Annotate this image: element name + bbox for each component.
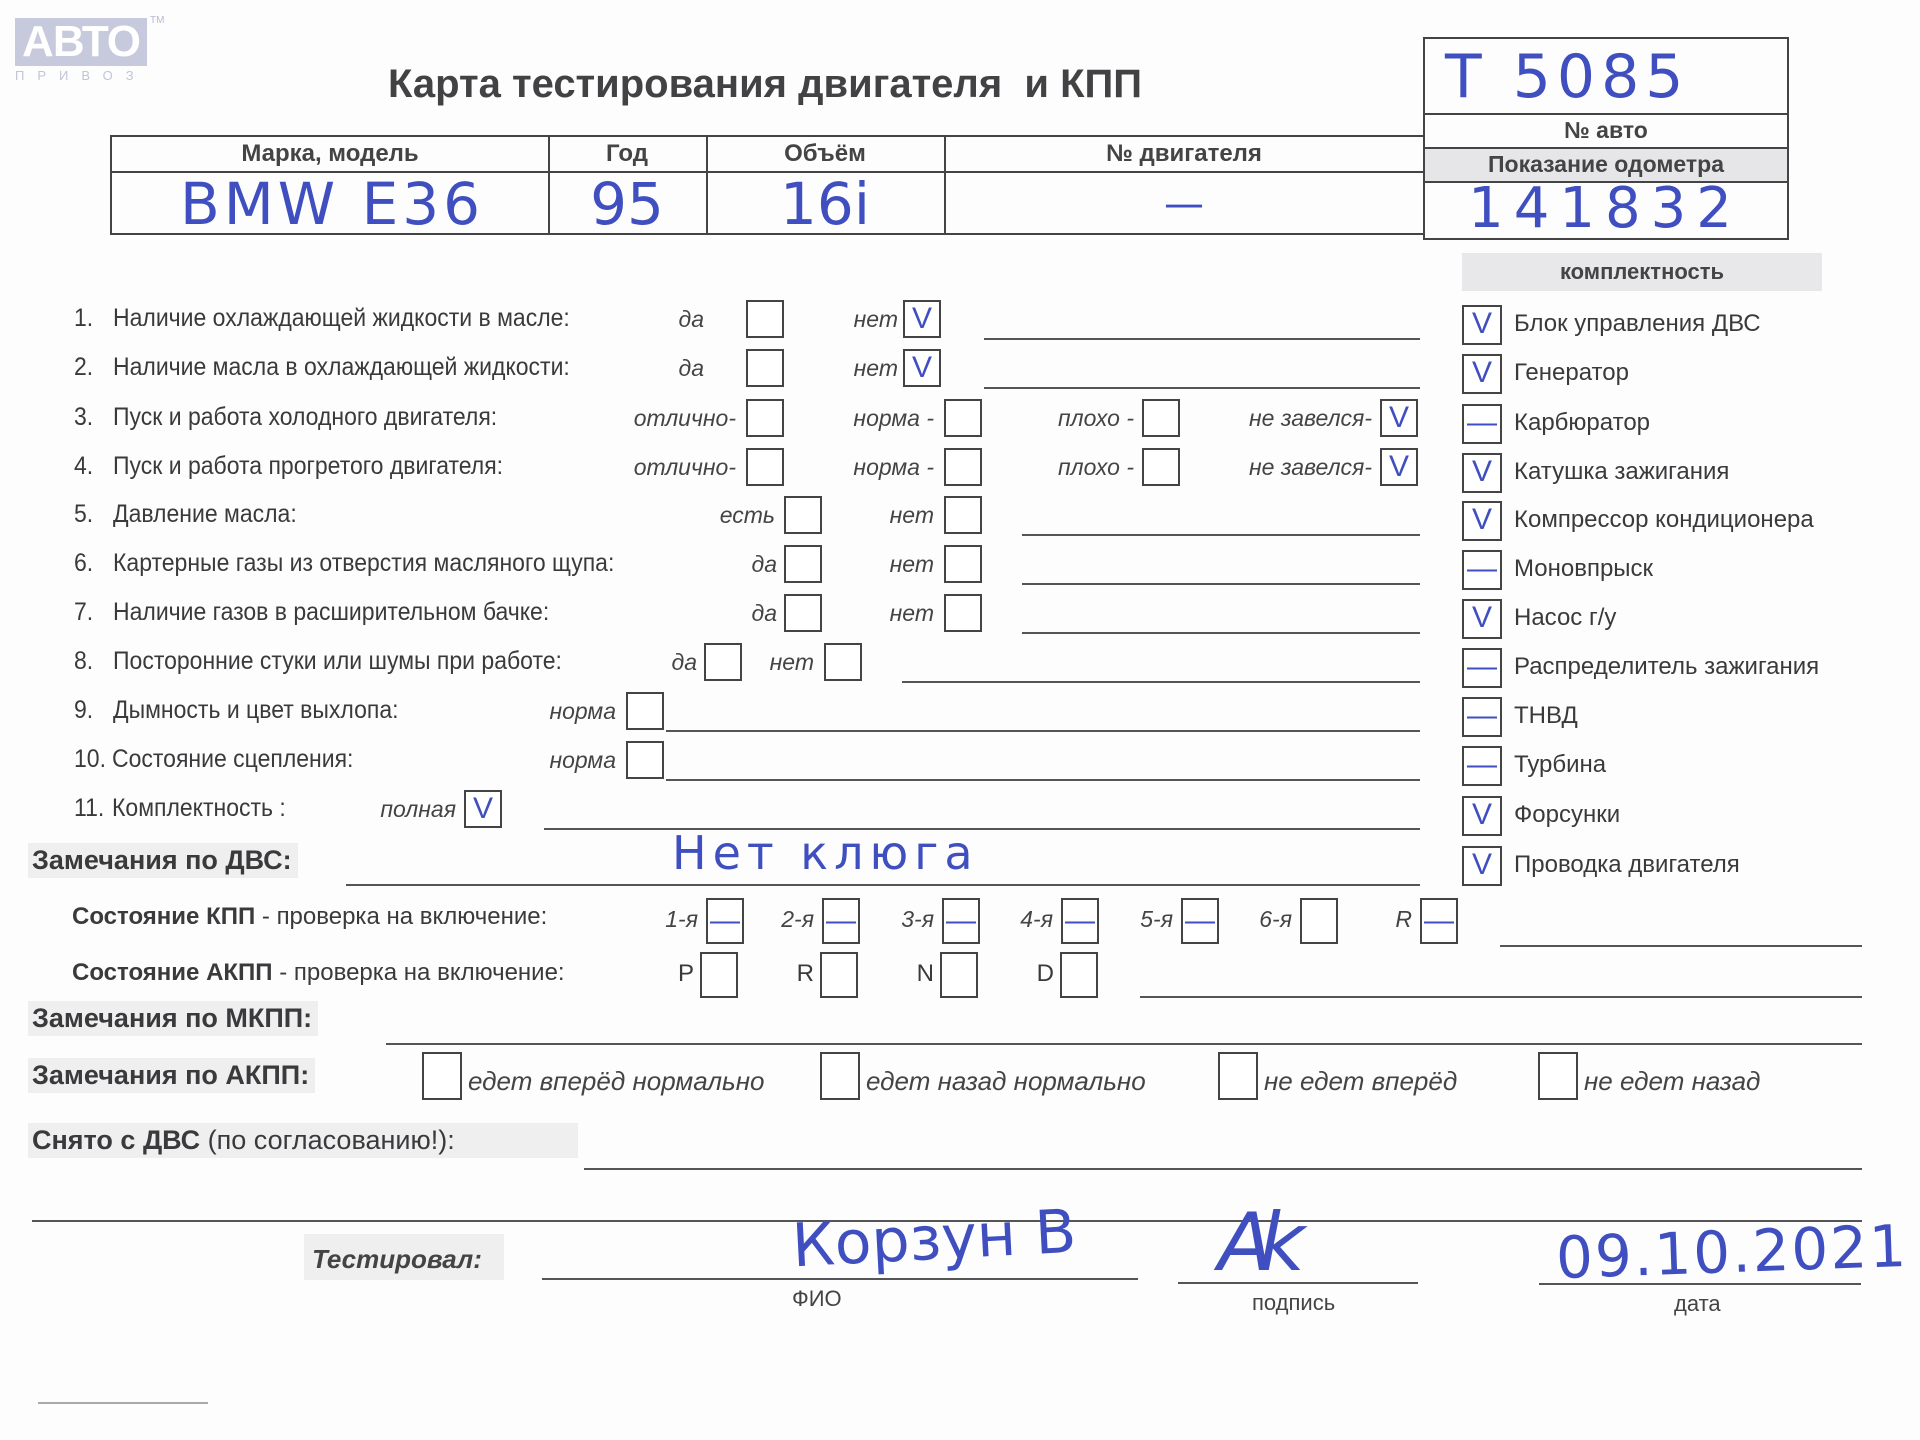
checklist-option-label: норма - <box>764 454 934 481</box>
checklist-number: 8. <box>74 647 93 676</box>
checklist-number: 10. <box>74 745 106 774</box>
checklist-number: 1. <box>74 304 93 333</box>
completeness-item-label: Насос г/у <box>1514 604 1616 632</box>
year-field[interactable]: 95 <box>548 173 706 235</box>
completeness-checkbox[interactable]: V <box>1462 501 1502 541</box>
checklist-label: Состояние сцепления: <box>112 745 353 774</box>
checklist-option-label: норма - <box>764 405 934 432</box>
header-model: Марка, модель <box>112 140 548 168</box>
mt-gear-checkbox[interactable]: — <box>1420 898 1458 944</box>
checklist-option-label: полная <box>286 796 456 823</box>
checklist-option-label: да <box>607 551 777 578</box>
at-gear-checkbox[interactable] <box>1060 952 1098 998</box>
checklist-number: 9. <box>74 696 93 725</box>
checklist-checkbox[interactable] <box>944 594 982 632</box>
at-remark-checkbox[interactable] <box>820 1052 860 1100</box>
checklist-label: Картерные газы из отверстия масляного щу… <box>113 549 614 578</box>
checklist-option-label: есть <box>605 502 775 529</box>
car-info-table: Марка, модель Год Объём № двигателя BMW … <box>110 135 1424 235</box>
at-state-label: Состояние АКПП - проверка на включение: <box>72 959 565 987</box>
engine-remarks-label: Замечания по ДВС: <box>28 843 298 878</box>
mt-gear-label: R <box>1260 906 1412 933</box>
date-caption: дата <box>1674 1291 1721 1317</box>
car-number-field[interactable]: Т 5085 <box>1445 41 1765 113</box>
checklist-option-label: нет <box>644 649 814 676</box>
at-remark-checkbox[interactable] <box>1218 1052 1258 1100</box>
checklist-option-label: нет <box>728 355 898 382</box>
checklist-option-label: нет <box>764 600 934 627</box>
at-remark-checkbox[interactable] <box>422 1052 462 1100</box>
completeness-checkbox[interactable]: — <box>1462 697 1502 737</box>
checklist-option-label: да <box>534 306 704 333</box>
mt-remarks-line[interactable] <box>386 1043 1862 1045</box>
logo: АВТО <box>15 18 147 66</box>
name-caption: ФИО <box>792 1286 842 1312</box>
logo-subtitle: ПРИВОЗ <box>15 68 147 83</box>
checklist-remark-line[interactable] <box>984 387 1420 389</box>
engine-remarks-field[interactable]: Нет клюга <box>672 826 979 880</box>
checklist-checkbox[interactable] <box>1142 448 1180 486</box>
checklist-label: Пуск и работа холодного двигателя: <box>113 403 497 432</box>
checklist-remark-line[interactable] <box>666 730 1420 732</box>
checklist-option-label: да <box>607 600 777 627</box>
completeness-item-label: Катушка зажигания <box>1514 458 1729 486</box>
completeness-checkbox[interactable]: V <box>1462 305 1502 345</box>
odometer-label: Показание одометра <box>1425 151 1787 178</box>
header-year: Год <box>548 140 706 168</box>
checklist-number: 7. <box>74 598 93 627</box>
page-title: Карта тестирования двигателя и КПП <box>388 62 1142 107</box>
removed-line[interactable] <box>584 1168 1862 1170</box>
header-volume: Объём <box>706 140 944 168</box>
checklist-remark-line[interactable] <box>1022 583 1420 585</box>
checklist-number: 11. <box>74 794 104 823</box>
at-state-line <box>1140 996 1862 998</box>
odometer-field[interactable]: 141832 <box>1445 179 1765 239</box>
checklist-option-label: нет <box>764 502 934 529</box>
checklist-option-label: нет <box>764 551 934 578</box>
checklist-checkbox[interactable]: V <box>464 790 502 828</box>
completeness-item-label: Карбюратор <box>1514 409 1650 437</box>
checklist-checkbox[interactable] <box>824 643 862 681</box>
at-remark-option-label: едет вперёд нормально <box>468 1066 764 1097</box>
at-remark-option-label: едет назад нормально <box>866 1066 1146 1097</box>
checklist-label: Пуск и работа прогретого двигателя: <box>113 452 503 481</box>
signature-caption: подпись <box>1252 1290 1335 1316</box>
checklist-checkbox[interactable] <box>944 545 982 583</box>
at-remark-option-label: не едет назад <box>1584 1066 1760 1097</box>
completeness-checkbox[interactable]: V <box>1462 796 1502 836</box>
checklist-checkbox[interactable]: V <box>1380 399 1418 437</box>
completeness-item-label: Компрессор кондиционера <box>1514 506 1814 534</box>
checklist-option-label: плохо - <box>964 405 1134 432</box>
checklist-option-label: не завелся- <box>1202 405 1372 432</box>
header-engine-no: № двигателя <box>944 140 1424 168</box>
completeness-checkbox[interactable]: V <box>1462 599 1502 639</box>
checklist-remark-line[interactable] <box>1022 534 1420 536</box>
checklist-option-label: да <box>534 355 704 382</box>
checklist-remark-line[interactable] <box>1022 632 1420 634</box>
engine-remarks-line <box>346 884 1420 886</box>
checklist-option-label: не завелся- <box>1202 454 1372 481</box>
checklist-option-label: отлично- <box>566 405 736 432</box>
completeness-item-label: Турбина <box>1514 751 1606 779</box>
completeness-checkbox[interactable]: — <box>1462 404 1502 444</box>
checklist-remark-line[interactable] <box>902 681 1420 683</box>
checklist-number: 2. <box>74 353 93 382</box>
signature-field[interactable]: Ak <box>1218 1196 1291 1289</box>
checklist-label: Комплектность : <box>112 794 286 823</box>
at-remark-checkbox[interactable] <box>1538 1052 1578 1100</box>
checklist-checkbox[interactable]: V <box>1380 448 1418 486</box>
completeness-item-label: Блок управления ДВС <box>1514 310 1761 338</box>
car-number-label: № авто <box>1425 117 1787 144</box>
signature-line <box>1178 1282 1418 1284</box>
completeness-checkbox[interactable]: V <box>1462 354 1502 394</box>
checklist-remark-line[interactable] <box>984 338 1420 340</box>
checklist-option-label: отлично- <box>566 454 736 481</box>
checklist-number: 6. <box>74 549 93 578</box>
checklist-option-label: плохо - <box>964 454 1134 481</box>
checklist-option-label: нет <box>728 306 898 333</box>
checklist-remark-line[interactable] <box>666 779 1420 781</box>
checklist-number: 4. <box>74 452 93 481</box>
completeness-checkbox[interactable]: V <box>1462 846 1502 886</box>
completeness-item-label: ТНВД <box>1514 702 1578 730</box>
completeness-checkbox[interactable]: — <box>1462 746 1502 786</box>
engine-no-field[interactable]: — <box>944 173 1424 235</box>
checklist-label: Наличие газов в расширительном бачке: <box>113 598 549 627</box>
mt-state-label: Состояние КПП - проверка на включение: <box>72 903 547 931</box>
completeness-header: комплектность <box>1462 253 1822 291</box>
checklist-checkbox[interactable]: V <box>903 300 941 338</box>
checklist-label: Наличие охлаждающей жидкости в масле: <box>113 304 570 333</box>
removed-label: Снято с ДВС (по согласованию!): <box>28 1123 578 1158</box>
checklist-label: Давление масла: <box>113 500 297 529</box>
at-remarks-label: Замечания по АКПП: <box>28 1058 315 1093</box>
tested-by-label: Тестировал: <box>312 1244 482 1275</box>
car-number-odometer-box: Т 5085 № авто Показание одометра 141832 <box>1423 37 1789 240</box>
completeness-item-label: Форсунки <box>1514 801 1620 829</box>
mt-state-line <box>1500 945 1862 947</box>
checklist-label: Дымность и цвет выхлопа: <box>113 696 399 725</box>
checklist-label: Наличие масла в охлаждающей жидкости: <box>113 353 570 382</box>
at-remark-option-label: не едет вперёд <box>1264 1066 1457 1097</box>
logo-trademark: TM <box>150 15 164 26</box>
checklist-checkbox[interactable] <box>626 741 664 779</box>
completeness-checkbox[interactable]: — <box>1462 648 1502 688</box>
completeness-item-label: Моновпрыск <box>1514 555 1653 583</box>
checklist-label: Посторонние стуки или шумы при работе: <box>113 647 562 676</box>
footer-line <box>38 1402 208 1404</box>
checklist-option-label: норма <box>446 747 616 774</box>
completeness-item-label: Проводка двигателя <box>1514 851 1740 879</box>
completeness-item-label: Генератор <box>1514 359 1629 387</box>
checklist-number: 5. <box>74 500 93 529</box>
completeness-checkbox[interactable]: — <box>1462 550 1502 590</box>
at-gear-label: D <box>900 960 1054 988</box>
checklist-checkbox[interactable] <box>1142 399 1180 437</box>
mt-remarks-label: Замечания по МКПП: <box>28 1001 318 1036</box>
date-field[interactable]: 09.10.2021 <box>1555 1212 1909 1292</box>
name-field[interactable]: Корзун В <box>790 1197 1078 1282</box>
completeness-item-label: Распределитель зажигания <box>1514 653 1819 681</box>
volume-field[interactable]: 16i <box>706 173 944 235</box>
checklist-checkbox[interactable] <box>626 692 664 730</box>
model-field[interactable]: BMW E36 <box>142 173 522 235</box>
checklist-checkbox[interactable] <box>944 496 982 534</box>
checklist-number: 3. <box>74 403 93 432</box>
checklist-option-label: норма <box>446 698 616 725</box>
checklist-checkbox[interactable]: V <box>903 349 941 387</box>
completeness-checkbox[interactable]: V <box>1462 453 1502 493</box>
